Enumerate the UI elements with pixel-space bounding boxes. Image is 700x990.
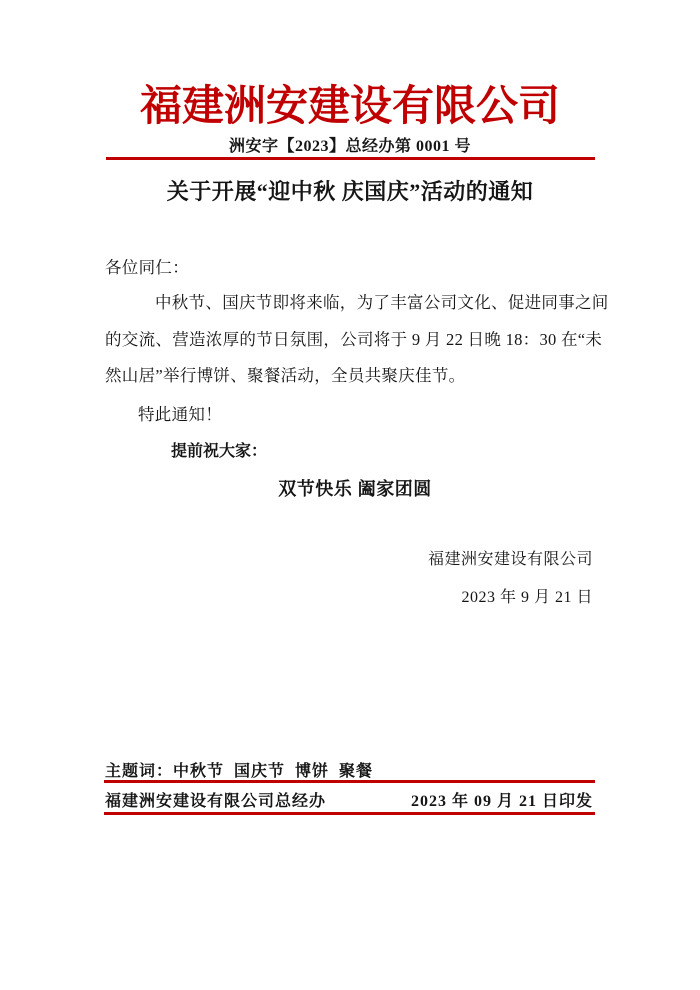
issuing-office: 福建洲安建设有限公司总经办 xyxy=(105,792,326,812)
header-red-rule xyxy=(106,157,595,160)
document-page: 福建洲安建设有限公司 洲安字【2023】总经办第 0001 号 关于开展“迎中秋… xyxy=(0,0,700,990)
signature-company: 福建洲安建设有限公司 xyxy=(428,548,593,572)
footer-red-rule-top xyxy=(104,780,595,783)
body-line: 然山居”举行博饼、聚餐活动，全员共聚庆佳节。 xyxy=(105,364,465,388)
company-title: 福建洲安建设有限公司 xyxy=(0,84,700,130)
body-line: 中秋节、国庆节即将来临，为了丰富公司文化、促进同事之间 xyxy=(105,291,609,315)
print-date: 2023 年 09 月 21 日印发 xyxy=(411,792,593,812)
notice-title: 关于开展“迎中秋 庆国庆”活动的通知 xyxy=(0,177,700,207)
closing-line: 特此通知！ xyxy=(105,403,222,427)
keywords-line: 主题词：中秋节 国庆节 博饼 聚餐 xyxy=(105,762,373,782)
keywords-label: 主题词： xyxy=(105,763,173,780)
footer-red-rule-bottom xyxy=(104,812,595,815)
body-line: 的交流、营造浓厚的节日氛围，公司将于 9 月 22 日晚 18：30 在“未 xyxy=(105,328,602,352)
signature-date: 2023 年 9 月 21 日 xyxy=(461,586,593,610)
wish-text: 双节快乐 阖家团圆 xyxy=(5,476,700,502)
keywords-value: 中秋节 国庆节 博饼 聚餐 xyxy=(173,763,373,780)
doc-number: 洲安字【2023】总经办第 0001 号 xyxy=(0,136,700,158)
salutation: 各位同仁： xyxy=(105,256,189,280)
wish-lead: 提前祝大家： xyxy=(105,440,267,464)
